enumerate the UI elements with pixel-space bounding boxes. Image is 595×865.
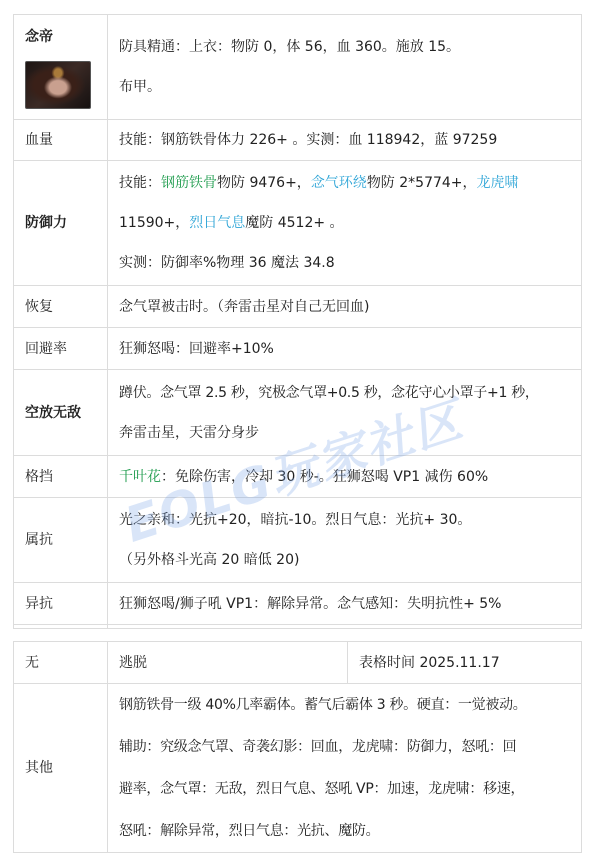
table-row-spacer xyxy=(14,625,582,629)
defense-measured-line: 实测：防御率%物理 36 魔法 34.8 xyxy=(119,253,577,273)
row-middle-cell: 逃脱 xyxy=(108,642,348,684)
row-value-cell: 千叶花：免除伤害，冷却 30 秒-。狂狮怒喝 VP1 减伤 60% xyxy=(108,456,582,498)
skill-name: 念气环绕 xyxy=(311,175,367,191)
value-text: ：免除伤害，冷却 30 秒-。狂狮怒喝 VP1 减伤 60% xyxy=(161,469,488,485)
table-date-cell: 表格时间 2025.11.17 xyxy=(348,642,582,684)
character-portrait-image xyxy=(25,61,91,109)
other-line-1: 钢筋铁骨一级 40%几率霸体。蓄气后霸体 3 秒。硬直：一觉被动。 xyxy=(119,695,577,715)
value-text: 物防 9476+， xyxy=(217,175,311,191)
skill-name: 龙虎啸 xyxy=(477,175,519,191)
row-key-cell: 血量 xyxy=(14,120,108,161)
empty-cell xyxy=(14,625,108,629)
row-value-cell: 防具精通：上衣：物防 0，体 56，血 360。施放 15。 布甲。 xyxy=(108,15,582,120)
table-row-invincible: 空放无敌 蹲伏。念气罩 2.5 秒，究极念气罩+0.5 秒，念花守心小罩子+1 … xyxy=(14,370,582,456)
stats-table: 念帝 防具精通：上衣：物防 0，体 56，血 360。施放 15。 布甲。 血量… xyxy=(13,14,582,629)
armor-type-text: 布甲。 xyxy=(119,77,577,97)
value-text: 物防 2*5774+， xyxy=(367,175,477,191)
row-value-cell: 技能：钢筋铁骨物防 9476+，念气环绕物防 2*5774+，龙虎啸 11590… xyxy=(108,161,582,286)
misc-table: 无 逃脱 表格时间 2025.11.17 其他 钢筋铁骨一级 40%几率霸体。蓄… xyxy=(13,641,582,853)
element-resist-line-1: 光之亲和：光抗+20，暗抗-10。烈日气息：光抗+ 30。 xyxy=(119,510,577,530)
row-key-cell: 异抗 xyxy=(14,583,108,625)
row-value-cell: 光之亲和：光抗+20，暗抗-10。烈日气息：光抗+ 30。 （另外格斗光高 20… xyxy=(108,498,582,583)
row-key-cell: 回避率 xyxy=(14,328,108,370)
row-key-cell: 属抗 xyxy=(14,498,108,583)
other-line-3: 避率，念气罩：无敌，烈日气息、怒吼 VP：加速，龙虎啸：移速， xyxy=(119,779,577,799)
class-name: 念帝 xyxy=(25,27,107,47)
skill-name: 千叶花 xyxy=(119,469,161,485)
table-row-block: 格挡 千叶花：免除伤害，冷却 30 秒-。狂狮怒喝 VP1 减伤 60% xyxy=(14,456,582,498)
skill-name: 钢筋铁骨 xyxy=(161,175,217,191)
other-line-2: 辅助：究级念气罩、奇袭幻影：回血，龙虎啸：防御力，怒吼：回 xyxy=(119,737,577,757)
element-resist-line-2: （另外格斗光高 20 暗低 20) xyxy=(119,550,577,570)
table-row-defense: 防御力 技能：钢筋铁骨物防 9476+，念气环绕物防 2*5774+，龙虎啸 1… xyxy=(14,161,582,286)
row-value-cell: 技能：钢筋铁骨体力 226+ 。实测：血 118942，蓝 97259 xyxy=(108,120,582,161)
table-row-evasion: 回避率 狂狮怒喝：回避率+10% xyxy=(14,328,582,370)
row-key-cell: 格挡 xyxy=(14,456,108,498)
row-value-cell: 狂狮怒喝/狮子吼 VP1：解除异常。念气感知：失明抗性+ 5% xyxy=(108,583,582,625)
table-row-escape: 无 逃脱 表格时间 2025.11.17 xyxy=(14,642,582,684)
skill-name: 烈日气息 xyxy=(189,215,245,231)
table-row-class: 念帝 防具精通：上衣：物防 0，体 56，血 360。施放 15。 布甲。 xyxy=(14,15,582,120)
value-text: 11590+， xyxy=(119,215,189,231)
table-row-status-resist: 异抗 狂狮怒喝/狮子吼 VP1：解除异常。念气感知：失明抗性+ 5% xyxy=(14,583,582,625)
row-key-cell: 恢复 xyxy=(14,286,108,328)
invincible-line-1: 蹲伏。念气罩 2.5 秒，究极念气罩+0.5 秒，念花守心小罩子+1 秒， xyxy=(119,383,577,403)
table-row-hp: 血量 技能：钢筋铁骨体力 226+ 。实测：血 118942，蓝 97259 xyxy=(14,120,582,161)
row-key-cell: 念帝 xyxy=(14,15,108,120)
defense-skill-line: 技能：钢筋铁骨物防 9476+，念气环绕物防 2*5774+，龙虎啸 xyxy=(119,173,577,193)
defense-skill-line-2: 11590+，烈日气息魔防 4512+ 。 xyxy=(119,213,577,233)
row-key-cell: 其他 xyxy=(14,684,108,853)
row-value-cell: 钢筋铁骨一级 40%几率霸体。蓄气后霸体 3 秒。硬直：一觉被动。 辅助：究级念… xyxy=(108,684,582,853)
row-value-cell: 狂狮怒喝：回避率+10% xyxy=(108,328,582,370)
row-key-cell: 无 xyxy=(14,642,108,684)
label-text: 技能： xyxy=(119,175,161,191)
table-row-other: 其他 钢筋铁骨一级 40%几率霸体。蓄气后霸体 3 秒。硬直：一觉被动。 辅助：… xyxy=(14,684,582,853)
armor-mastery-text: 防具精通：上衣：物防 0，体 56，血 360。施放 15。 xyxy=(119,37,577,57)
value-text: 魔防 4512+ 。 xyxy=(245,215,343,231)
row-value-cell: 念气罩被击时。（奔雷击星对自己无回血) xyxy=(108,286,582,328)
table-row-recovery: 恢复 念气罩被击时。（奔雷击星对自己无回血) xyxy=(14,286,582,328)
row-value-cell: 蹲伏。念气罩 2.5 秒，究极念气罩+0.5 秒，念花守心小罩子+1 秒， 奔雷… xyxy=(108,370,582,456)
empty-cell xyxy=(108,625,582,629)
other-line-4: 怒吼：解除异常，烈日气息：光抗、魔防。 xyxy=(119,821,577,841)
invincible-line-2: 奔雷击星，天雷分身步 xyxy=(119,423,577,443)
row-key-cell: 防御力 xyxy=(14,161,108,286)
row-key-cell: 空放无敌 xyxy=(14,370,108,456)
table-row-element-resist: 属抗 光之亲和：光抗+20，暗抗-10。烈日气息：光抗+ 30。 （另外格斗光高… xyxy=(14,498,582,583)
